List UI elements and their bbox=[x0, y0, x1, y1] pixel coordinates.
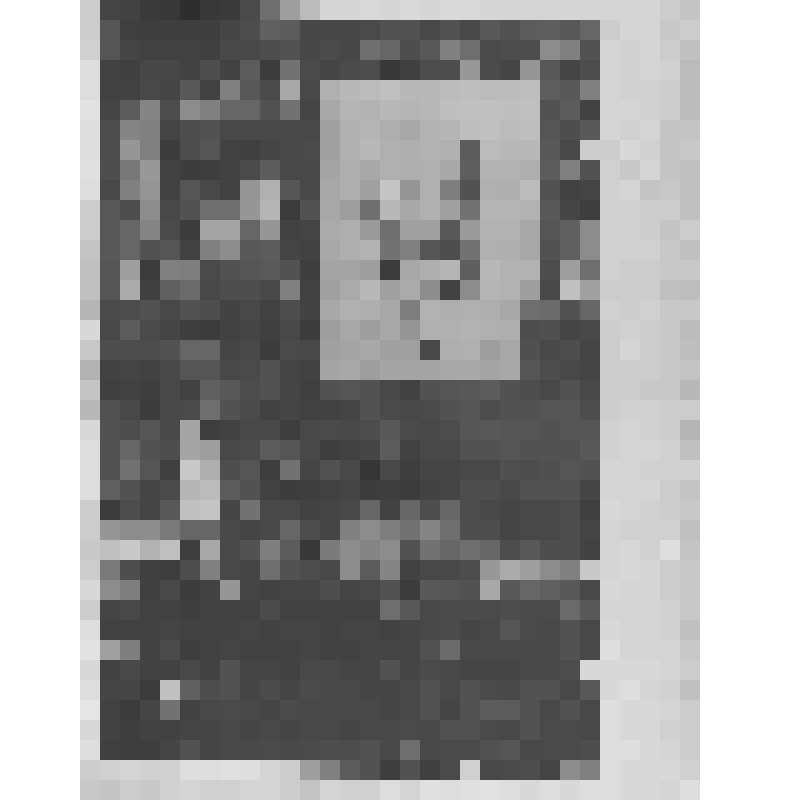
screenshot-root bbox=[0, 0, 800, 800]
pixelated-photo bbox=[0, 0, 800, 800]
